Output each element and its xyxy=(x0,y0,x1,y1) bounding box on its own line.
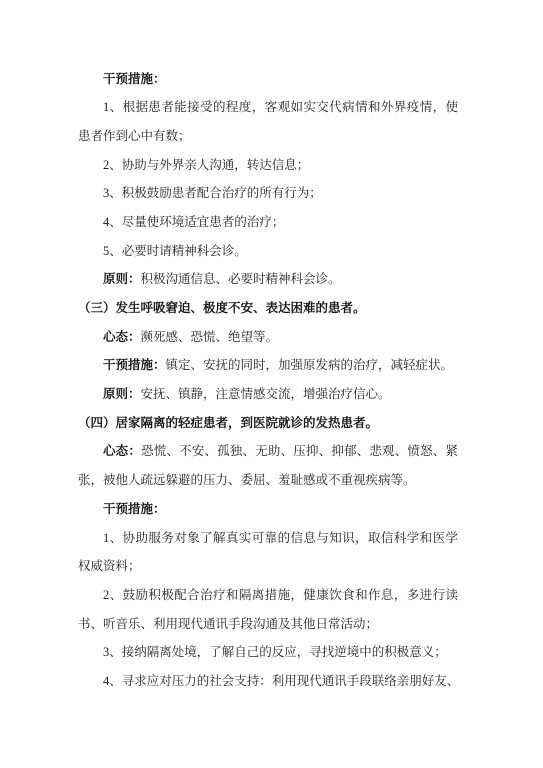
text-line: 1、协助服务对象了解真实可靠的信息与知识，取信科学和医学 xyxy=(78,524,458,553)
text-line: 1、根据患者能接受的程度，客观如实交代病情和外界疫情，使 xyxy=(78,93,458,122)
text-line: 4、寻求应对压力的社会支持：利用现代通讯手段联络亲朋好友、 xyxy=(78,667,458,696)
line-label: 原则： xyxy=(103,272,141,286)
labeled-line: 心态：濒死感、恐慌、绝望等。 xyxy=(78,323,458,352)
line-text: 积极沟通信息、必要时精神科会诊。 xyxy=(141,272,341,286)
text-line: 5、必要时请精神科会诊。 xyxy=(78,237,458,266)
text-line: 4、尽量使环境适宜患者的治疗； xyxy=(78,208,458,237)
labeled-line: 原则：积极沟通信息、必要时精神科会诊。 xyxy=(78,265,458,294)
document-body: 干预措施：1、根据患者能接受的程度，客观如实交代病情和外界疫情，使患者作到心中有… xyxy=(78,65,458,696)
text-line: 权威资料； xyxy=(78,552,458,581)
paragraph-heading: 干预措施： xyxy=(78,65,458,94)
line-label: 心态： xyxy=(103,444,141,458)
labeled-line: 心态：恐慌、不安、孤独、无助、压抑、抑郁、悲观、愤怒、紧 xyxy=(78,437,458,466)
text-line: 3、积极鼓励患者配合治疗的所有行为； xyxy=(78,179,458,208)
line-label: 干预措施： xyxy=(103,358,166,372)
text-line: 2、鼓励积极配合治疗和隔离措施，健康饮食和作息，多进行读 xyxy=(78,581,458,610)
text-line: 患者作到心中有数； xyxy=(78,122,458,151)
line-label: 心态： xyxy=(103,330,141,344)
labeled-line: 原则：安抚、镇静，注意情感交流，增强治疗信心。 xyxy=(78,380,458,409)
paragraph-heading: 干预措施： xyxy=(78,495,458,524)
line-text: 恐慌、不安、孤独、无助、压抑、抑郁、悲观、愤怒、紧 xyxy=(141,444,458,458)
section-heading: （三）发生呼吸窘迫、极度不安、表达困难的患者。 xyxy=(78,294,458,323)
section-heading: （四）居家隔离的轻症患者，到医院就诊的发热患者。 xyxy=(78,409,458,438)
text-line: 书、听音乐、利用现代通讯手段沟通及其他日常活动； xyxy=(78,610,458,639)
text-line: 3、接纳隔离处境，了解自己的反应，寻找逆境中的积极意义； xyxy=(78,638,458,667)
line-label: 原则： xyxy=(103,387,141,401)
line-text: 濒死感、恐慌、绝望等。 xyxy=(141,330,279,344)
line-text: 安抚、镇静，注意情感交流，增强治疗信心。 xyxy=(141,387,391,401)
labeled-line: 干预措施：镇定、安抚的同时，加强原发病的治疗，减轻症状。 xyxy=(78,351,458,380)
line-text: 镇定、安抚的同时，加强原发病的治疗，减轻症状。 xyxy=(166,358,454,372)
text-line: 2、协助与外界亲人沟通，转达信息； xyxy=(78,151,458,180)
text-line: 张，被他人疏远躲避的压力、委屈、羞耻感或不重视疾病等。 xyxy=(78,466,458,495)
document-page: 干预措施：1、根据患者能接受的程度，客观如实交代病情和外界疫情，使患者作到心中有… xyxy=(0,0,543,768)
